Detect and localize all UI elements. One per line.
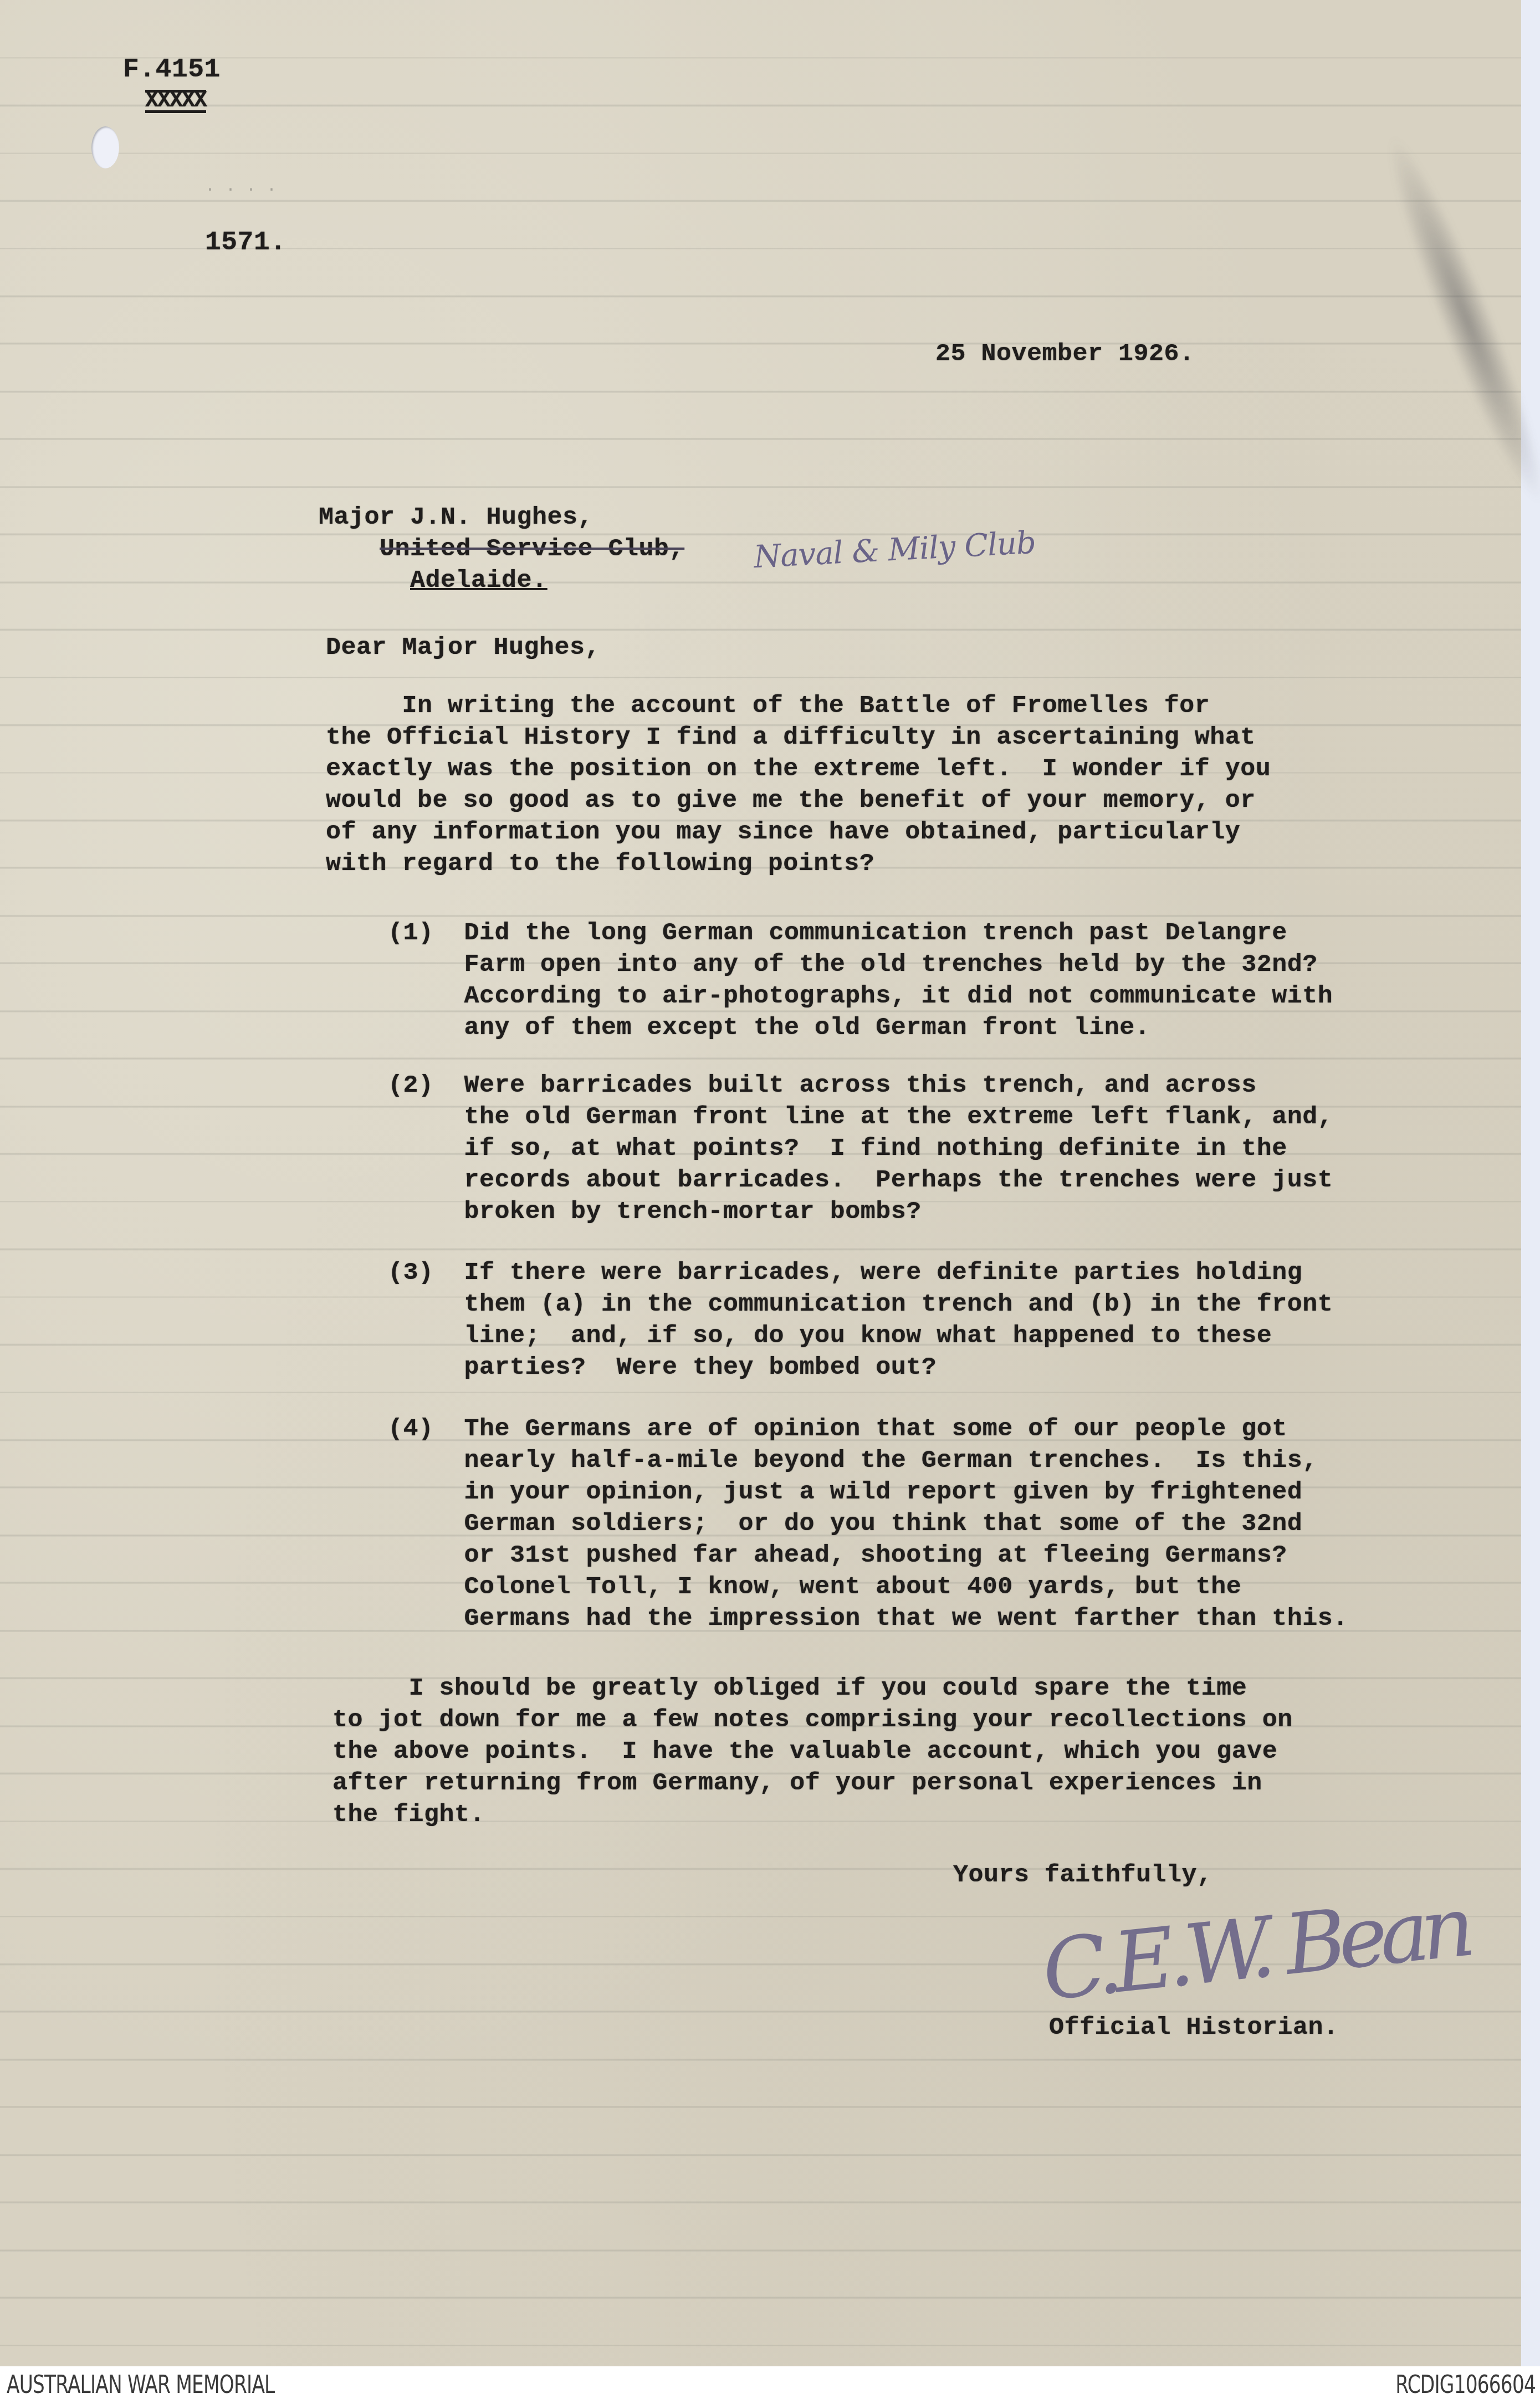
text-line: them (a) in the communication trench and… xyxy=(388,1288,1333,1320)
text-line: (4) The Germans are of opinion that some… xyxy=(388,1413,1348,1445)
record-id: RCDIG1066604 xyxy=(1395,2371,1536,2399)
text-line: would be so good as to give me the benef… xyxy=(326,785,1271,816)
text-line: line; and, if so, do you know what happe… xyxy=(388,1320,1333,1352)
text-line: in your opinion, just a wild report give… xyxy=(388,1476,1348,1508)
text-line: Germans had the impression that we went … xyxy=(388,1603,1348,1634)
text-line: (1) Did the long German communication tr… xyxy=(388,917,1333,949)
file-number: 1571. xyxy=(205,227,286,259)
punch-hole xyxy=(91,126,119,168)
letter-date: 25 November 1926. xyxy=(935,338,1195,370)
text-line: exactly was the position on the extreme … xyxy=(326,753,1271,785)
text-line: to jot down for me a few notes comprisin… xyxy=(332,1704,1293,1736)
text-line: I should be greatly obliged if you could… xyxy=(332,1672,1293,1704)
text-line: of any information you may since have ob… xyxy=(326,816,1271,848)
text-line: any of them except the old German front … xyxy=(388,1012,1333,1044)
recipient-city: Adelaide. xyxy=(410,566,548,595)
question-point-2: (2) Were barricades built across this tr… xyxy=(388,1070,1333,1227)
text-line: if so, at what points? I find nothing de… xyxy=(388,1133,1333,1164)
text-line: Farm open into any of the old trenches h… xyxy=(388,949,1333,980)
text-line: German soldiers; or do you think that so… xyxy=(388,1508,1348,1539)
text-line: records about barricades. Perhaps the tr… xyxy=(388,1164,1333,1196)
scan-edge-strip xyxy=(1521,0,1540,2366)
closing-paragraph: I should be greatly obliged if you could… xyxy=(332,1672,1293,1830)
valediction: Yours faithfully, xyxy=(953,1859,1212,1891)
text-line: or 31st pushed far ahead, shooting at fl… xyxy=(388,1539,1348,1571)
salutation: Dear Major Hughes, xyxy=(326,632,600,663)
text-line: nearly half-a-mile beyond the German tre… xyxy=(388,1445,1348,1476)
text-line: the old German front line at the extreme… xyxy=(388,1101,1333,1133)
faint-stamp-mark: · · · · xyxy=(205,175,277,206)
intro-paragraph: In writing the account of the Battle of … xyxy=(326,690,1271,879)
question-point-3: (3) If there were barricades, were defin… xyxy=(388,1257,1333,1383)
signer-title: Official Historian. xyxy=(1049,2012,1339,2043)
recipient-name: Major J.N. Hughes, xyxy=(319,503,593,531)
text-line: parties? Were they bombed out? xyxy=(388,1352,1333,1383)
reference-struck-out: XXXXX xyxy=(145,90,206,113)
text-line: (3) If there were barricades, were defin… xyxy=(388,1257,1333,1288)
text-line: broken by trench-mortar bombs? xyxy=(388,1196,1333,1227)
text-line: According to air-photographs, it did not… xyxy=(388,980,1333,1012)
text-line: Colonel Toll, I know, went about 400 yar… xyxy=(388,1571,1348,1603)
text-line: In writing the account of the Battle of … xyxy=(326,690,1271,722)
question-point-1: (1) Did the long German communication tr… xyxy=(388,917,1333,1044)
text-line: the Official History I find a difficulty… xyxy=(326,722,1271,753)
recipient-address-block: Major J.N. Hughes, United Service Club, … xyxy=(319,502,684,596)
question-point-4: (4) The Germans are of opinion that some… xyxy=(388,1413,1348,1634)
text-line: after returning from Germany, of your pe… xyxy=(332,1767,1293,1799)
address-struck-out: United Service Club, xyxy=(380,535,684,563)
text-line: (2) Were barricades built across this tr… xyxy=(388,1070,1333,1101)
reference-code: F.4151 xyxy=(123,54,221,86)
text-line: the above points. I have the valuable ac… xyxy=(332,1736,1293,1767)
institution-label: AUSTRALIAN WAR MEMORIAL xyxy=(7,2371,274,2399)
text-line: the fight. xyxy=(332,1799,1293,1830)
text-line: with regard to the following points? xyxy=(326,848,1271,879)
